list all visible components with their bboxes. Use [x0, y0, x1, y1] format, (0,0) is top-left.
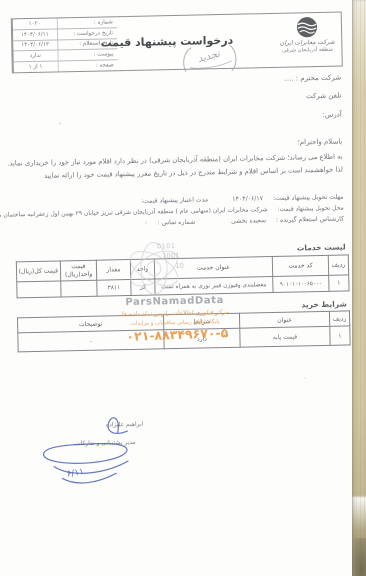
services-section-title: لیست خدمات: [297, 242, 346, 252]
col-row-number: ردیف: [328, 255, 348, 275]
meta-deadline-line: مهلت تحویل پیشنهاد قیمت: ۱۴۰۴/۰۶/۱۷ مدت …: [141, 193, 344, 204]
expert-value: سعیده بخشی: [231, 217, 266, 225]
info-value: ندارد: [13, 53, 57, 60]
col-service-code: کد خدمت: [272, 255, 328, 276]
scanner-edge-strip: [352, 0, 366, 576]
info-value: ۱۰۲۰: [13, 20, 57, 27]
contact-label: شماره تماس :: [157, 219, 195, 227]
info-value: ۱۴۰۴/۰۶/۱۱: [13, 31, 57, 38]
col-unit-price: قیمت واحد(ریال): [60, 260, 96, 281]
col-total-price: قیمت کل(ریال): [16, 261, 60, 282]
telecom-logo-icon: [296, 16, 318, 38]
info-value: ۱ از ۱: [14, 64, 58, 71]
hand-note-text: تجدید: [197, 48, 223, 65]
header-box: شماره : ۱۰۲۰ تاریخ درخواست : ۱۴۰۴/۰۶/۱۱ …: [11, 11, 343, 73]
handwritten-note: تجدید: [179, 41, 242, 78]
cell-quantity: ۳۸۱۱: [97, 279, 131, 296]
cell-row-number: ۱: [329, 275, 349, 291]
col-term-condition: شرایط: [163, 313, 239, 330]
cell-term-condition: دارد: [164, 328, 240, 349]
contact-value: ۰: [144, 220, 147, 227]
col-quantity: مقدار: [96, 259, 130, 280]
info-label: پیوست :: [57, 50, 118, 61]
info-label: شماره :: [56, 17, 117, 28]
scan-speck: [59, 122, 61, 124]
validity-label: مدت اعتبار پیشنهاد قیمت:: [141, 196, 208, 204]
recipient-company-line: شرکت محترم : ....: [285, 74, 342, 83]
place-label: محل تحویل پیشنهاد قیمت:: [278, 204, 344, 212]
cell-service-code: ۹۰۱۰۱۰۱۰۰۶۵۰۰۰: [273, 275, 329, 292]
meta-expert-line: کارشناس استعلام گیرنده : سعیده بخشی شمار…: [144, 215, 344, 226]
handwritten-signature: ۶/۱۱: [31, 406, 163, 493]
cell-service-title: مفصلبندی وفیوژن فیبر نوری به همراه تست: [155, 276, 273, 294]
cell-term-title: قیمت پایه: [240, 326, 330, 347]
salutation-line: باسلام واحترام؛: [297, 138, 342, 147]
col-service-title: عنوان خدمت: [154, 257, 272, 279]
info-row-page: صفحه : ۱ از ۱: [14, 60, 118, 72]
signature-block: ابراهیم علیزاده مدیر پشتیبانی و تدارکات …: [31, 406, 163, 493]
company-logo-block: شرکت مخابرات ایران منطقه آذربایجان شرقی: [276, 15, 339, 66]
logo-region-name: منطقه آذربایجان شرقی: [282, 47, 333, 54]
recipient-address-line: آدرس:: [322, 111, 342, 119]
terms-table: ردیف عنوان شرایط توضیحات ۱ قیمت پایه دار…: [17, 310, 351, 352]
cell-row-number: ۱: [330, 326, 350, 345]
expert-label: کارشناس استعلام گیرنده :: [276, 215, 344, 223]
cell-unit-price: [61, 280, 97, 297]
body-line-2: لذا خواهشمند است بر اساس اقلام و شرایط م…: [44, 166, 343, 180]
cell-unit: کر: [131, 279, 155, 295]
scanner-edge-shadow: [352, 538, 366, 576]
scanned-document-page: { "header": { "title": "درخواست پیشنهاد …: [0, 0, 366, 576]
cell-term-notes: -: [18, 330, 164, 352]
info-label: صفحه :: [57, 60, 118, 71]
recipient-phone-line: تلفن شرکت: [306, 92, 341, 101]
scan-speck: [157, 500, 158, 501]
deadline-label: مهلت تحویل پیشنهاد قیمت:: [273, 193, 344, 201]
info-value: ۱۴۰۴/۰۶/۱۳: [13, 42, 57, 49]
body-line-1: به اطلاع می رساند؛ شرکت مخابرات ایران (م…: [7, 153, 343, 168]
cell-total-price: [17, 281, 61, 298]
logo-company-name: شرکت مخابرات ایران: [280, 39, 335, 47]
col-row-number: ردیف: [329, 311, 349, 326]
col-unit: واحد: [130, 259, 154, 279]
handwritten-date: ۶/۱۱: [66, 467, 85, 480]
stamp-number-1: 0101: [157, 242, 176, 250]
document-sheet: شماره : ۱۰۲۰ تاریخ درخواست : ۱۴۰۴/۰۶/۱۱ …: [0, 0, 360, 576]
watermark-brand: ParsNamadData: [115, 295, 235, 309]
terms-section-title: شرایط خرید: [301, 299, 346, 309]
scan-speck: [304, 377, 306, 378]
deadline-value: ۱۴۰۴/۰۶/۱۷: [232, 195, 263, 203]
services-table: ردیف کد خدمت عنوان خدمت واحد مقدار قیمت …: [16, 254, 350, 298]
